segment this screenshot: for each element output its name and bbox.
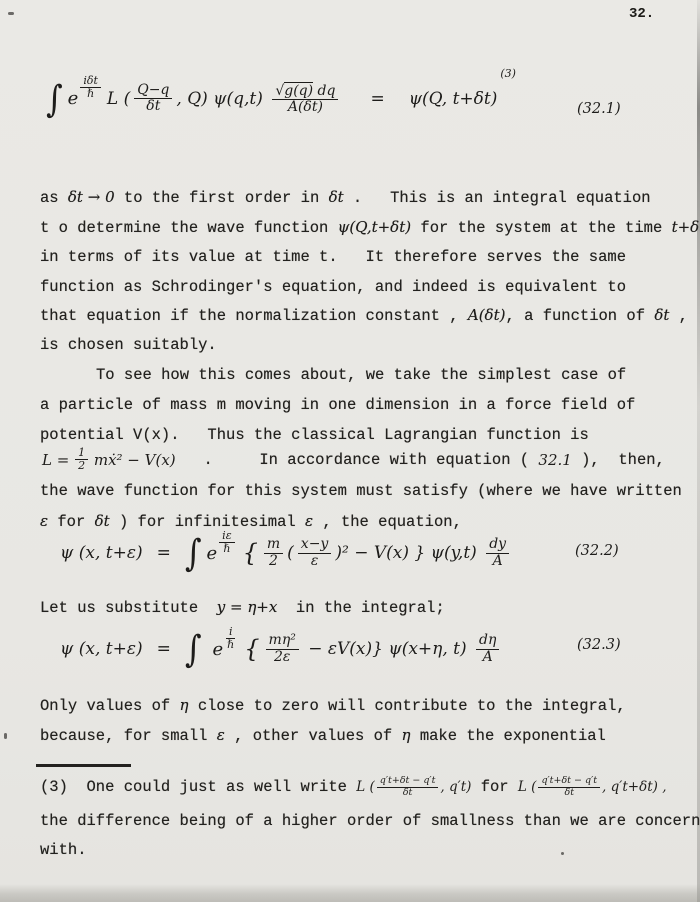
typed-segment: make the exponential — [411, 727, 606, 745]
typed-segment: that equation if the normalization const… — [40, 307, 468, 325]
lhs-wavefunction: ψ (x, t+ε) — [60, 543, 143, 563]
typed-segment: in the integral; — [277, 599, 444, 617]
footnote-line-2: the difference being of a higher order o… — [40, 812, 700, 830]
typed-segment: for the system at the time — [411, 219, 671, 237]
text-line: ε for δt ) for infinitesimal ε , the equ… — [40, 512, 462, 531]
typed-segment: ), then, — [572, 451, 665, 469]
text-line: a particle of mass m moving in one dimen… — [40, 396, 635, 414]
handwritten-segment: , — [658, 779, 667, 795]
handwritten-segment: L ( — [518, 779, 537, 795]
typed-segment: Let us substitute — [40, 599, 217, 617]
handwritten-segment: L ( — [356, 779, 375, 795]
kinetic-fraction: mη² 2ε — [266, 633, 299, 665]
handwritten-segment: η — [402, 726, 411, 744]
integral-sign: ∫ — [185, 631, 202, 668]
text-line: Only values of η close to zero will cont… — [40, 696, 626, 715]
text-line: in terms of its value at time t. It ther… — [40, 248, 626, 266]
measure-numerator: √g(q) dq — [272, 82, 338, 100]
equation-label-32-3: (32.3) — [577, 637, 621, 653]
equation-label-32-1: (32.1) — [577, 101, 621, 117]
scan-speck — [561, 852, 564, 855]
radicand: g(q) — [284, 82, 313, 99]
fraction-numerator: mη² — [266, 633, 299, 650]
arg-denominator: δt — [144, 99, 162, 115]
equation-32-2: ψ (x, t+ε) = ∫ e iε ℏ { m 2 ( x−y ε )² −… — [60, 537, 513, 569]
typed-segment: . In accordance with equation ( — [176, 451, 539, 469]
open-brace: { — [243, 539, 258, 567]
exponent-numerator: i — [226, 626, 236, 639]
radical-sign: √ — [275, 84, 284, 100]
handwritten-segment: δt → 0 — [68, 188, 115, 206]
potential-term: − V(x) } — [349, 543, 425, 563]
exponent-fraction: i ℏ — [225, 626, 236, 652]
fraction-numerator: x−y — [298, 537, 332, 554]
fraction-denominator: δt — [401, 788, 415, 799]
exponent-numerator: iδt — [80, 75, 101, 88]
difference-quotient-fraction: q′t+δt − q′t δt — [538, 776, 600, 799]
exponent-denominator: ℏ — [85, 88, 96, 100]
equation-32-3: ψ (x, t+ε) = ∫ e i ℏ { mη² 2ε − εV(x)} ψ… — [60, 633, 503, 665]
handwritten-segment: , q′t+δt) — [602, 779, 658, 795]
scan-speck — [4, 733, 7, 739]
typed-segment: for — [471, 778, 518, 796]
exponent-fraction: iδt ℏ — [80, 75, 101, 101]
mass-over-two-fraction: m 2 — [264, 537, 283, 569]
potential-term: − εV(x)} — [303, 639, 383, 659]
typed-segment: close to zero will contribute to the int… — [189, 697, 626, 715]
dq-term: dq — [313, 84, 335, 100]
footnote-lagrangian-2: L ( q′t+δt − q′t δt , q′t+δt) — [518, 776, 658, 799]
fraction-denominator: 2 — [76, 460, 87, 472]
fraction-denominator: ε — [309, 554, 321, 570]
lagrangian-close: , Q) — [176, 89, 207, 109]
lhs-wavefunction: ψ (x, t+ε) — [60, 639, 143, 659]
wavefunction-psi: ψ(q,t) — [208, 89, 269, 109]
typed-segment: , other values of — [225, 727, 402, 745]
typed-segment: , — [669, 307, 688, 325]
text-line: potential V(x). Thus the classical Lagra… — [40, 426, 589, 444]
fraction-denominator: 2 — [267, 554, 280, 570]
typed-segment: . This is an integral equation — [344, 189, 651, 207]
fraction-denominator: δt — [562, 788, 576, 799]
scan-speck — [8, 12, 14, 15]
wavefunction-psi: ψ(y,t) — [425, 543, 482, 563]
fraction-numerator: m — [264, 537, 283, 554]
difference-quotient-fraction: q′t+δt − q′t δt — [377, 776, 439, 799]
scanned-document-page: 32. ∫ e iδt ℏ L ( Q−q δt , Q) ψ(q,t) √g(… — [0, 0, 700, 902]
exponent-denominator: ℏ — [225, 639, 236, 651]
handwritten-segment: δt — [654, 306, 669, 324]
text-line: To see how this comes about, we take the… — [96, 366, 626, 384]
open-paren: ( — [287, 543, 294, 563]
typed-segment: as — [40, 189, 68, 207]
typed-segment: because, for small — [40, 727, 217, 745]
close-paren-squared: )² — [335, 543, 348, 563]
measure-fraction: dy A — [486, 537, 509, 569]
typed-segment: (3) One could just as well write — [40, 778, 356, 796]
measure-fraction: dη A — [476, 633, 499, 665]
typed-segment: t o determine the wave function — [40, 219, 338, 237]
handwritten-segment: y = η+x — [217, 598, 278, 616]
fraction-denominator: A — [481, 650, 495, 666]
text-line: the wave function for this system must s… — [40, 482, 682, 500]
text-line: that equation if the normalization const… — [40, 306, 688, 325]
handwritten-segment: t+δt — [672, 218, 700, 236]
exp-e: e — [207, 543, 218, 564]
handwritten-segment: ε — [40, 512, 48, 530]
footnote-line-1: (3) One could just as well write L ( q′t… — [40, 776, 667, 799]
handwritten-segment: A(δt) — [468, 306, 506, 324]
normalization-denominator: A(δt) — [286, 100, 325, 116]
footnote-rule — [36, 764, 131, 767]
one-half-fraction: 1 2 — [75, 447, 88, 473]
handwritten-segment: , q′t) — [440, 779, 471, 795]
text-line: as δt → 0 to the first order in δt . Thi… — [40, 188, 651, 207]
arg-numerator: Q−q — [134, 83, 172, 100]
handwritten-segment: mẋ² − V(x) — [89, 451, 176, 469]
equation-label-32-2: (32.2) — [575, 543, 619, 559]
typed-segment: , a function of — [505, 307, 654, 325]
exponent-fraction: iε ℏ — [219, 530, 234, 556]
footnote-lagrangian-1: L ( q′t+δt − q′t δt , q′t) — [356, 776, 471, 799]
open-brace: { — [244, 635, 259, 663]
fraction-denominator: 2ε — [272, 650, 292, 666]
equation-32-1: ∫ e iδt ℏ L ( Q−q δt , Q) ψ(q,t) √g(q) d… — [46, 82, 516, 116]
text-line: because, for small ε , other values of η… — [40, 726, 606, 745]
lagrangian-open: L ( — [107, 89, 130, 109]
handwritten-segment: δt — [95, 512, 110, 530]
scan-bottom-shadow — [0, 884, 700, 902]
lagrangian-definition-line: L = 1 2 mẋ² − V(x) . In accordance with … — [42, 447, 665, 473]
exp-e: e — [68, 88, 79, 109]
handwritten-segment: ε — [305, 512, 313, 530]
handwritten-segment: δt — [329, 188, 344, 206]
typed-segment: ) for infinitesimal — [110, 513, 305, 531]
fraction-denominator: A — [491, 554, 505, 570]
typed-segment: Only values of — [40, 697, 180, 715]
typed-segment: , the equation, — [313, 513, 462, 531]
fraction-numerator: 1 — [75, 447, 88, 460]
typed-segment: to the first order in — [115, 189, 329, 207]
page-number: 32. — [629, 6, 654, 22]
text-line: t o determine the wave function ψ(Q,t+δt… — [40, 218, 700, 237]
equals-sign: = — [157, 543, 171, 563]
fraction-numerator: dη — [476, 633, 499, 650]
exponent-denominator: ℏ — [221, 543, 232, 555]
integral-sign: ∫ — [46, 81, 63, 118]
wavefunction-psi: ψ(x+η, t) — [383, 639, 472, 659]
handwritten-segment: L = — [42, 451, 74, 469]
text-line: is chosen suitably. — [40, 336, 217, 354]
velocity-argument-fraction: Q−q δt — [134, 83, 172, 115]
exp-e: e — [213, 639, 224, 660]
equals-sign: = — [370, 89, 384, 109]
equals-sign: = — [157, 639, 171, 659]
fraction-numerator: dy — [486, 537, 509, 554]
measure-fraction: √g(q) dq A(δt) — [272, 82, 338, 116]
rhs-wavefunction: ψ(Q, t+δt) — [409, 89, 498, 109]
exponent-numerator: iε — [219, 530, 234, 543]
handwritten-segment: η — [180, 696, 189, 714]
footnote-reference-superscript: (3) — [500, 67, 516, 80]
text-line: Let us substitute y = η+x in the integra… — [40, 598, 445, 617]
text-line: function as Schrodinger's equation, and … — [40, 278, 626, 296]
handwritten-segment: 32.1 — [538, 451, 571, 469]
integral-sign: ∫ — [185, 535, 202, 572]
typed-segment: for — [48, 513, 95, 531]
handwritten-segment: ψ(Q,t+δt) — [338, 218, 411, 236]
handwritten-segment: ε — [217, 726, 225, 744]
velocity-fraction: x−y ε — [298, 537, 332, 569]
footnote-line-3: with. — [40, 841, 87, 859]
